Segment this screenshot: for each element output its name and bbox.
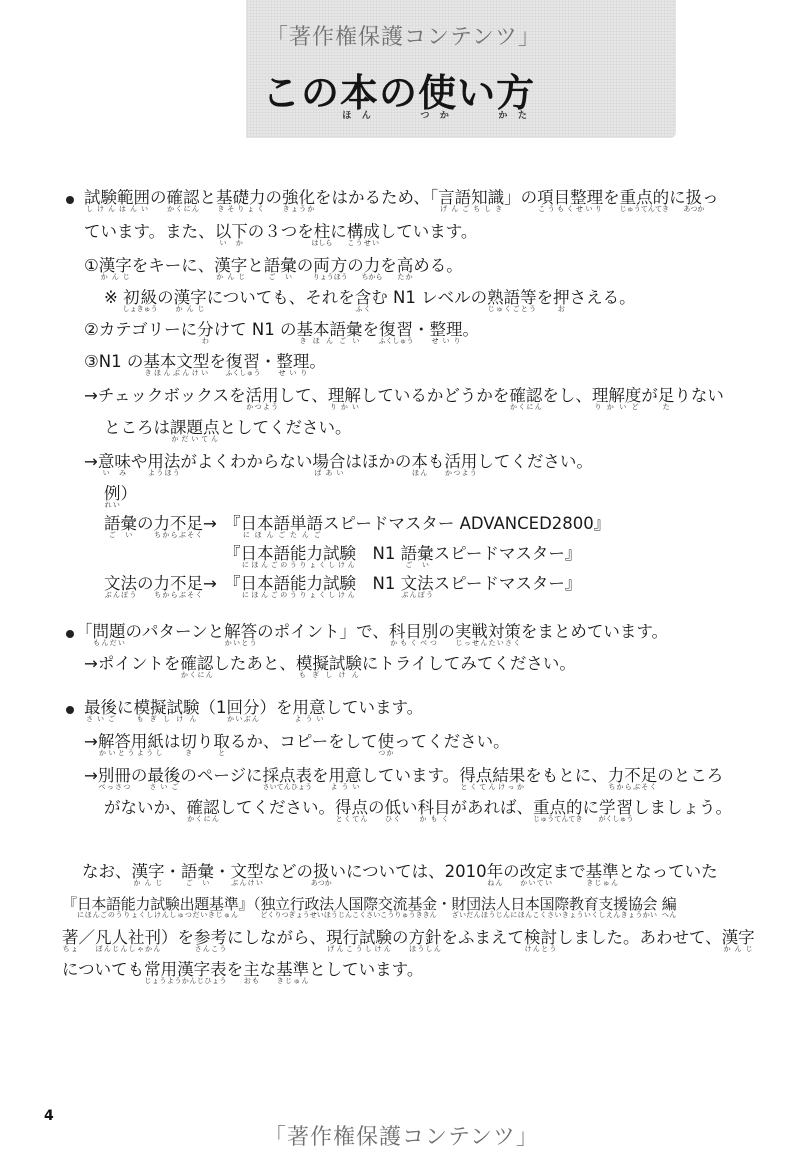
section1-line2: ています。また、以下いかの３つを柱はしらに構成こうせいしています。 — [84, 222, 477, 246]
arrow-note-2: →意味いみや用法ようほうがよくわからない場合ばあいはほかの本ほんも活用かつようし… — [84, 452, 593, 476]
watermark-top: 「著作権保護コンテンツ」 — [266, 20, 541, 51]
example-3-need: 文法ぶんぽうの力不足ちからぶそく→ — [104, 574, 217, 598]
example-1-need: 語彙ごいの力不足ちからぶそく→ — [104, 514, 217, 538]
note-para-line1: なお、漢字かんじ・語彙ごい・文型ぶんけいなどの扱あつかいについては、2010年ね… — [82, 862, 718, 886]
bullet-icon — [66, 196, 74, 204]
section1-line1: 試験範囲しけんはんいの確認かくにんと基礎力きそりょくの強化きょうかをはかるため、… — [84, 188, 719, 212]
note-para-line4: についても常用漢字表じょうようかんじひょうを主おもな基準きじゅんとしています。 — [62, 960, 423, 984]
page-number: 4 — [44, 1108, 54, 1124]
section3-arrow-2-cont: がないか、確認かくにんしてください。得点とくてんの低ひくい科目かもくがあれば、重… — [104, 798, 732, 822]
example-3-book: 『日本語能力試験にほんごのうりょくしけん N1 文法ぶんぽうスピードマスター』 — [224, 574, 581, 598]
bullet-icon — [66, 630, 74, 638]
example-label: 例れい） — [104, 484, 137, 508]
item-2: ②カテゴリーに分わけて N1 の基本語彙きほんごいを復習ふくしゅう・整理せいり。 — [84, 320, 479, 344]
section2-arrow: →ポイントを確認かくにんしたあと、模擬試験もぎしけんにトライしてみてください。 — [84, 654, 576, 678]
note-1: ※ 初級しょきゅうの漢字かんじについても、それを含ふくむ N1 レベルの熟語等じ… — [104, 288, 636, 312]
note-para-line3: 著ちょ／凡人社刊ぼんじんしゃかん）を参考さんこうにしながら、現行試験げんこうしけ… — [62, 928, 755, 952]
section2-line1: 「問題もんだいのパターンと解答かいとうのポイント」で、科目別かもくべつの実戦対策… — [76, 622, 668, 646]
item-3: ③N1 の基本文型きほんぶんけいを復習ふくしゅう・整理せいり。 — [84, 352, 326, 376]
bullet-icon — [66, 706, 74, 714]
example-2-book: 『日本語能力試験にほんごのうりょくしけん N1 語彙ごいスピードマスター』 — [224, 544, 581, 568]
arrow-note-1-cont: ところは課題点かだいてんとしてください。 — [104, 418, 352, 442]
section3-arrow-2: →別冊べっさつの最後さいごのページに採点表さいてんひょうを用意よういしています。… — [84, 766, 723, 790]
example-1-book: 『日本語単語にほんごたんごスピードマスター ADVANCED2800』 — [224, 514, 610, 538]
page-title: この本ほんの使つかい方かた — [262, 62, 535, 120]
note-para-line2: 『日本語能力試験出題基準にほんごのうりょくしけんしゅつだいきじゅん』（独立行政法… — [62, 894, 676, 918]
section3-arrow-1: →解答用紙かいとうようしは切きり取とるか、コピーをして使つかってください。 — [84, 732, 510, 756]
watermark-bottom: 「著作権保護コンテンツ」 — [264, 1120, 539, 1151]
arrow-note-1: →チェックボックスを活用かつようして、理解りかいしているかどうかを確認かくにんを… — [84, 386, 724, 410]
item-1: ①漢字かんじをキーに、漢字かんじと語彙ごいの両方りょうほうの力ちからを高たかめる… — [84, 256, 463, 280]
section3-line1: 最後さいごに模擬試験もぎしけん（1回分かいぶん）を用意よういしています。 — [84, 698, 423, 722]
